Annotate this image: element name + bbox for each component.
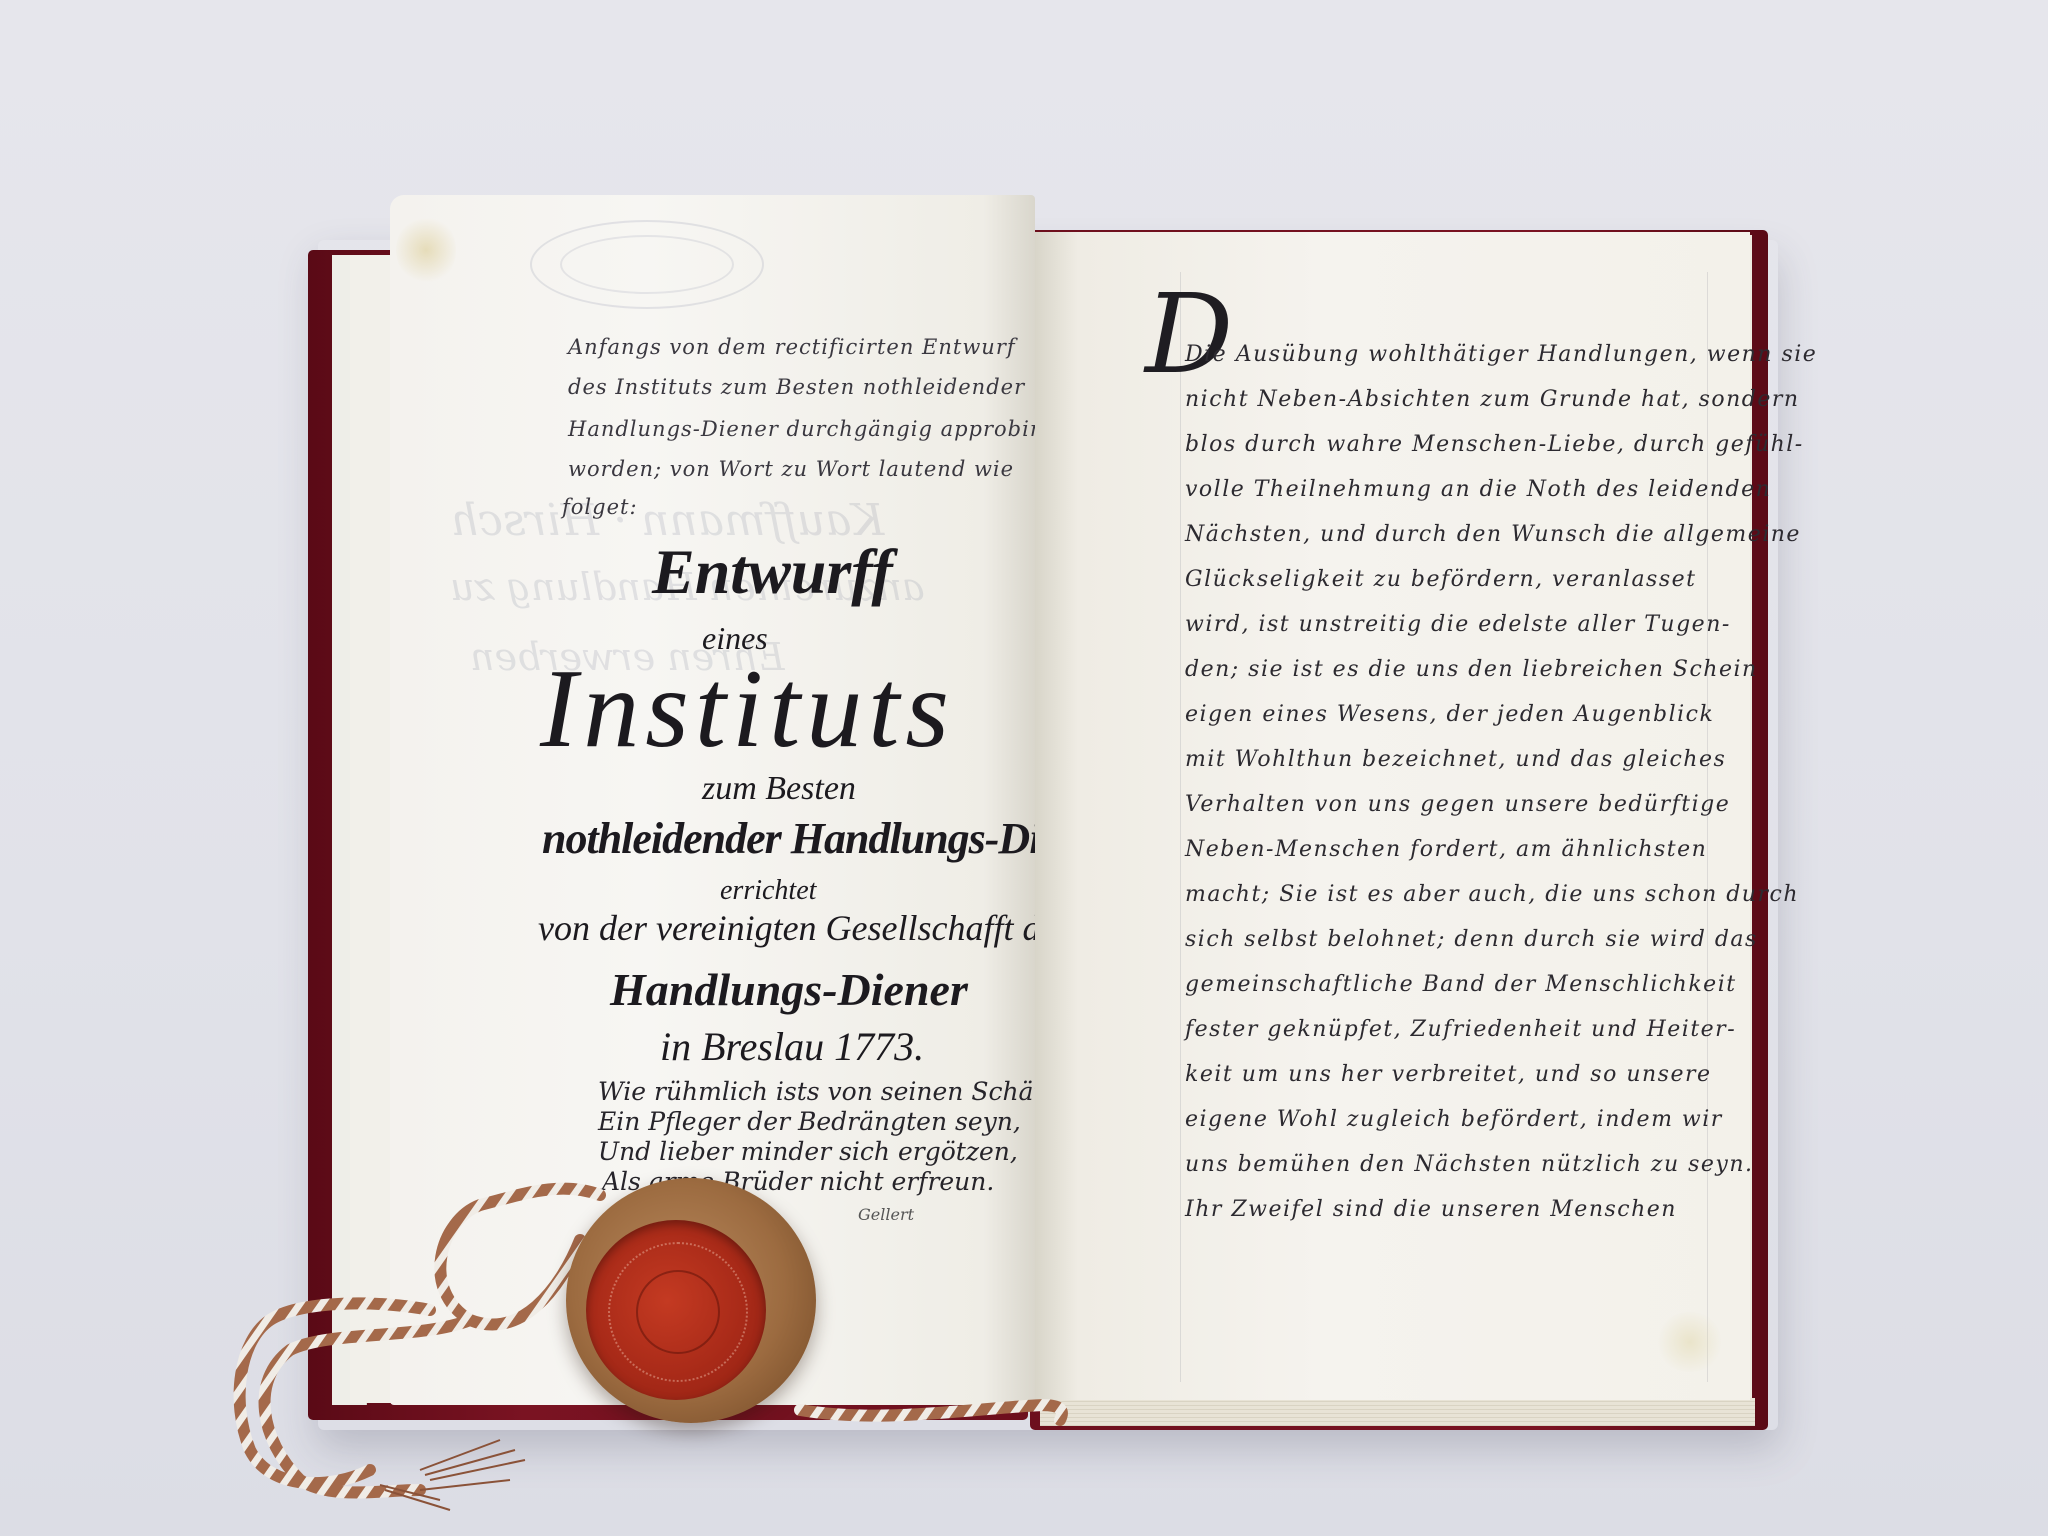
body-line: Die Ausübung wohlthätiger Handlungen, we… [1185,342,1817,367]
body-line: macht; Sie ist es aber auch, die uns sch… [1185,882,1799,907]
wax-seal [586,1220,766,1400]
title-nothleidender: nothleidender Handlungs-Diener [542,813,1117,864]
margin-rule [1180,272,1181,1382]
wax-seal-capsule [566,1178,816,1423]
body-line: eigen eines Wesens, der jeden Augenblick [1185,702,1714,727]
header-note-line: worden; von Wort zu Wort lautend wie [568,457,1014,481]
title-breslau-1773: in Breslau 1773. [660,1023,924,1070]
title-zum-besten: zum Besten [702,770,856,808]
body-line: eigene Wohl zugleich befördert, indem wi… [1185,1107,1723,1132]
verse-line: Ein Pfleger der Bedrängten seyn, [598,1107,1021,1136]
body-line: Neben-Menschen fordert, am ähnlichsten [1185,837,1707,862]
body-line: Nächsten, und durch den Wunsch die allge… [1185,522,1801,547]
body-line: Ihr Zweifel sind die unseren Menschen [1185,1197,1677,1222]
header-note-line: Handlungs-Diener durchgängig approbiret [568,417,1064,441]
right-page: D Die Ausübung wohlthätiger Handlungen, … [1035,232,1750,1400]
body-line: Verhalten von uns gegen unsere bedürftig… [1185,792,1730,817]
header-note-line: folget: [562,495,638,519]
title-handlungs-diener: Handlungs-Diener [610,963,968,1016]
verse-attribution: Gellert [858,1205,914,1224]
title-gesellschafft: von der vereinigten Gesellschafft der [538,907,1071,949]
body-line: sich selbst belohnet; denn durch sie wir… [1185,927,1758,952]
body-line: uns bemühen den Nächsten nützlich zu sey… [1185,1152,1754,1177]
foxing-stain [396,215,456,285]
decorated-initial: D [1145,270,1233,398]
verse-line: Und lieber minder sich ergötzen, [598,1137,1018,1166]
title-entwurff: Entwurff [652,535,893,609]
header-note-line: Anfangs von dem rectificirten Entwurf [568,335,1016,359]
header-note-line: des Instituts zum Besten nothleidender [568,375,1025,399]
body-line: fester geknüpfet, Zufriedenheit und Heit… [1185,1017,1736,1042]
verse-line: Wie rühmlich ists von seinen Schätzen [598,1077,1088,1106]
body-line: Glückseligkeit zu befördern, veranlasset [1185,567,1697,592]
page-edges-bottom [1040,1398,1755,1426]
body-line: volle Theilnehmung an die Noth des leide… [1185,477,1771,502]
body-line: blos durch wahre Menschen-Liebe, durch g… [1185,432,1804,457]
body-line: den; sie ist es die uns den liebreichen … [1185,657,1758,682]
bleed-through-flourish-2 [560,235,734,294]
seal-emblem-icon [636,1270,720,1354]
title-errichtet: errichtet [720,875,816,907]
body-line: gemeinschaftliche Band der Menschlichkei… [1185,972,1737,997]
foxing-stain [1655,1312,1725,1372]
body-line: wird, ist unstreitig die edelste aller T… [1185,612,1731,637]
body-line: mit Wohlthun bezeichnet, und das gleiche… [1185,747,1726,772]
body-line: nicht Neben-Absichten zum Grunde hat, so… [1185,387,1800,412]
title-instituts: Instituts [540,645,955,774]
body-line: keit um uns her verbreitet, und so unser… [1185,1062,1712,1087]
